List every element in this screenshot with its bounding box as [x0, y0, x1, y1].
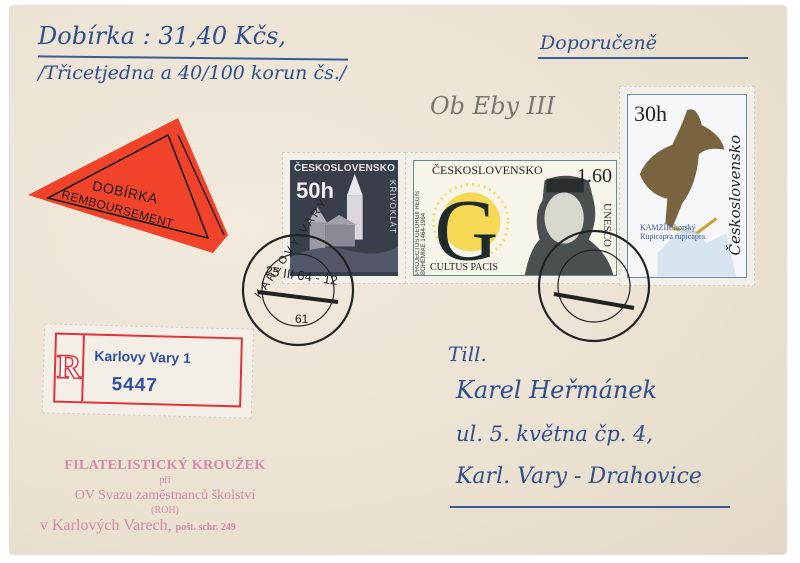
cachet-line: OV Svazu zaměstnanců školství [40, 488, 290, 503]
postmark-code: 61 [295, 312, 308, 326]
pencil-note: Ob Eby III [430, 92, 555, 120]
underline [450, 506, 730, 508]
svg-text:G: G [434, 181, 498, 275]
recipient-line4: Karl. Vary - Drahovice [456, 464, 702, 489]
registration-label: R Karlovy Vary 1 5447 [42, 323, 254, 418]
stamp-side-text: PROJECTUS GEORGII REGIS BOHEMIAE 1464-19… [415, 179, 427, 275]
cod-label [28, 110, 228, 255]
amount-in-words-text: /Třicetjedna a 40/100 korun čs./ [38, 62, 346, 84]
postmark [534, 226, 654, 346]
registration-letter: R [55, 335, 85, 402]
recipient-line3: ul. 5. května čp. 4, [456, 422, 653, 446]
stamp-motto: CULTUS PACIS [430, 262, 498, 273]
stamp-value: 1.60 [577, 165, 612, 188]
stamp-country: Československo [726, 135, 744, 256]
registered-text: Doporučeně [540, 32, 657, 54]
cachet-line: (ROH) [40, 503, 290, 518]
underline [538, 57, 748, 59]
envelope: Dobírka : 31,40 Kčs, /Třicetjedna a 40/1… [10, 6, 786, 554]
cachet-line: FILATELISTICKÝ KROUŽEK [40, 458, 290, 473]
registration-number: 5447 [111, 374, 158, 397]
registration-office: Karlovy Vary 1 [94, 348, 191, 367]
recipient-line2: Karel Heřmánek [456, 376, 657, 404]
cachet-line: při [40, 473, 290, 488]
stamp-country: ČESKOSLOVENSKO [432, 163, 543, 178]
cod-amount-text: Dobírka : 31,40 Kčs, [38, 22, 286, 50]
recipient-line1: Till. [448, 342, 487, 366]
underline [38, 55, 348, 60]
sender-cachet: FILATELISTICKÝ KROUŽEK při OV Svazu zamě… [40, 458, 290, 535]
cachet-line: v Karlových Varech, pošt. schr. 249 [40, 518, 290, 535]
